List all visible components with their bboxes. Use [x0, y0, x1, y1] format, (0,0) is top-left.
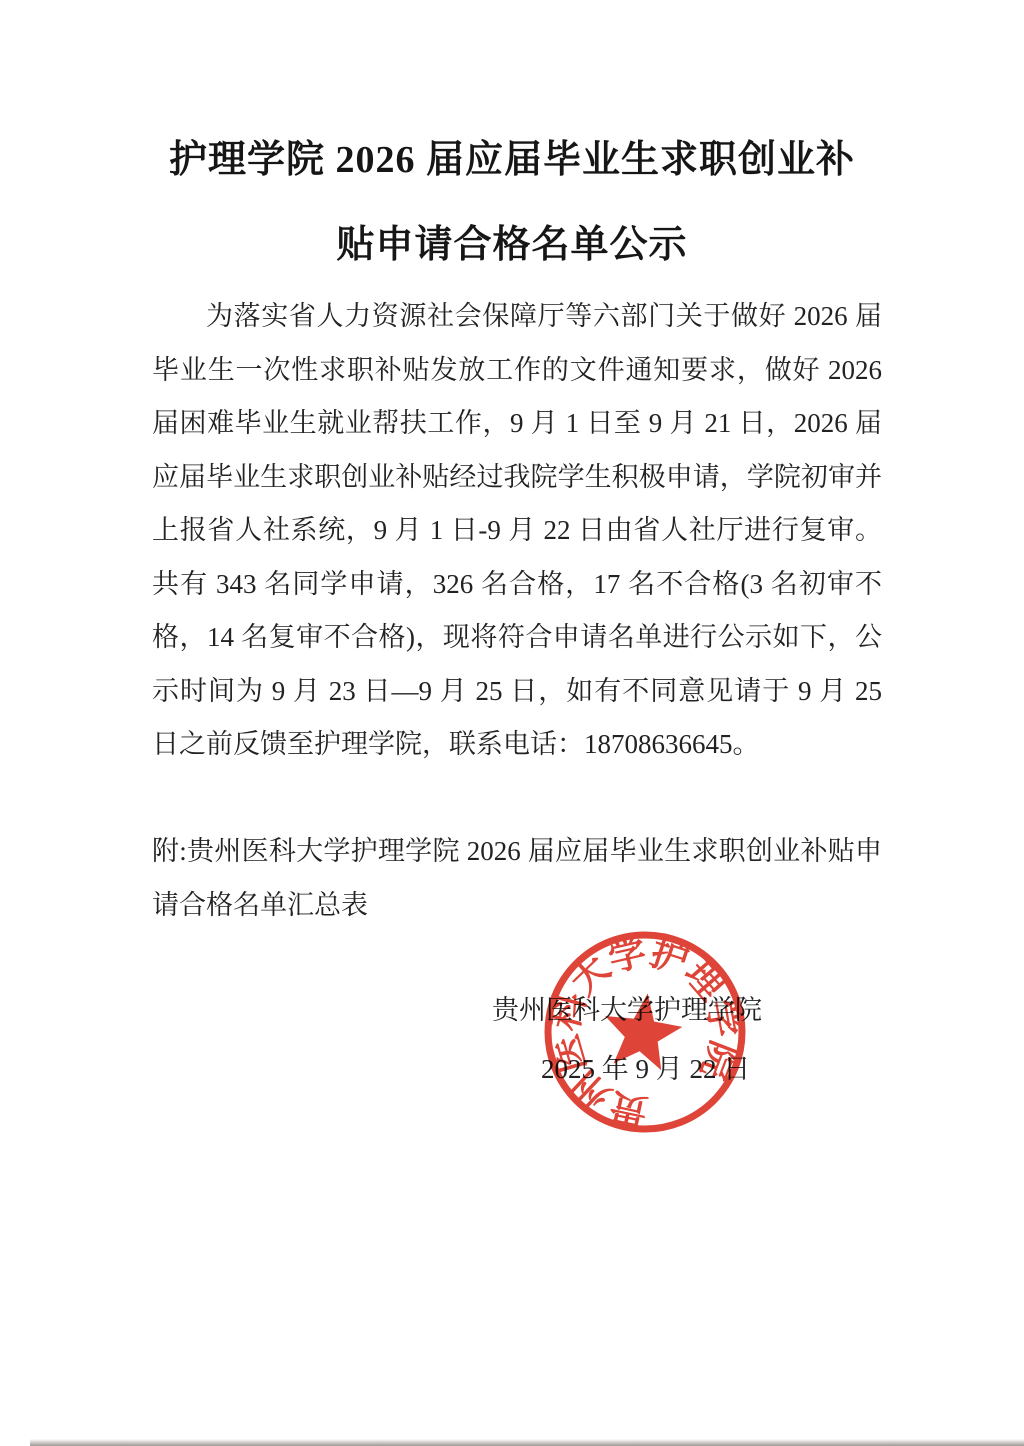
body-line: 上报省人社系统，9 月 1 日-9 月 22 日由省人社厅进行复审。 — [152, 504, 882, 558]
seal-ring-char: 院 — [692, 1035, 744, 1085]
body-line: 示时间为 9 月 23 日—9 月 25 日，如有不同意见请于 9 月 25 — [152, 665, 882, 719]
body-line: 毕业生一次性求职补贴发放工作的文件通知要求，做好 2026 — [152, 344, 882, 398]
document-page: 护理学院 2026 届应届毕业生求职创业补 贴申请合格名单公示 为落实省人力资源… — [0, 0, 1024, 1446]
seal-star-icon — [599, 988, 687, 1072]
blank-line — [152, 772, 882, 826]
seal-ring-char: 学 — [698, 997, 746, 1041]
scan-bottom-shadow — [30, 1439, 1024, 1446]
document-title: 护理学院 2026 届应届毕业生求职创业补 贴申请合格名单公示 — [0, 118, 1024, 288]
body-line: 为落实省人力资源社会保障厅等六部门关于做好 2026 届 — [152, 290, 882, 344]
document-title-line-1: 护理学院 2026 届应届毕业生求职创业补 — [0, 118, 1024, 203]
body-line: 共有 343 名同学申请，326 名合格，17 名不合格(3 名初审不合 — [152, 558, 882, 612]
document-title-line-2: 贴申请合格名单公示 — [0, 203, 1024, 288]
body-line: 届困难毕业生就业帮扶工作，9 月 1 日至 9 月 21 日，2026 届 — [152, 397, 882, 451]
body-line: 应届毕业生求职创业补贴经过我院学生积极申请，学院初审并 — [152, 451, 882, 505]
official-seal-stamp: 贵州医科大学护理学院 — [538, 925, 752, 1139]
body-line: 格，14 名复审不合格)，现将符合申请名单进行公示如下，公 — [152, 611, 882, 665]
attachment-line: 附:贵州医科大学护理学院 2026 届应届毕业生求职创业补贴申 — [152, 825, 882, 879]
body-line: 日之前反馈至护理学院，联系电话：18708636645。 — [152, 718, 882, 772]
attachment-line: 请合格名单汇总表 — [152, 879, 882, 933]
body-paragraph: 为落实省人力资源社会保障厅等六部门关于做好 2026 届 毕业生一次性求职补贴发… — [152, 290, 882, 932]
